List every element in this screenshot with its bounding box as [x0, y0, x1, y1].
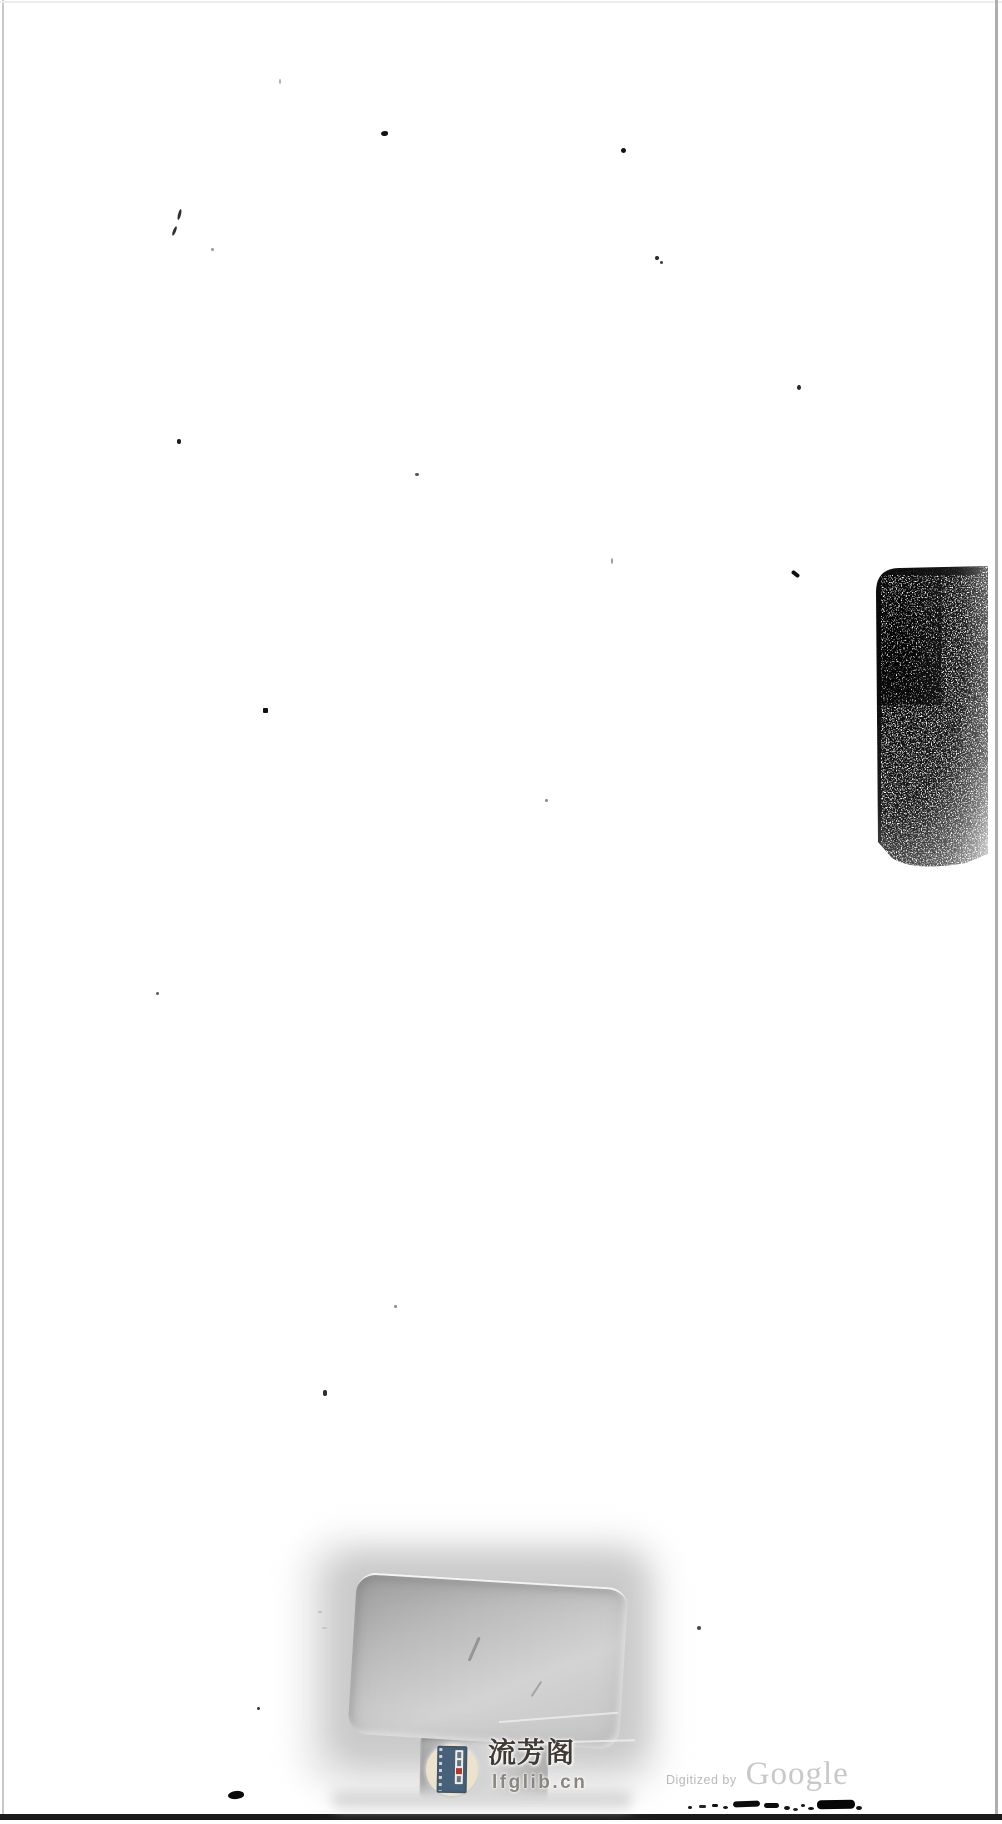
ink-speck	[156, 992, 159, 995]
ink-speck	[856, 1806, 862, 1810]
stitched-book-icon	[437, 1746, 468, 1794]
scan-border-top	[0, 1, 1002, 3]
ink-speck	[655, 256, 659, 260]
ink-speck	[545, 799, 548, 802]
ink-speck	[733, 1801, 760, 1808]
ink-speck	[699, 1805, 706, 1808]
clip-scratch	[468, 1637, 481, 1662]
ink-speck	[177, 209, 183, 220]
ink-speck	[688, 1806, 692, 1809]
library-watermark: 流芳阁 lfglib.cn	[426, 1736, 666, 1806]
scan-border-left	[2, 0, 4, 1815]
scan-credit: Digitized by Google	[666, 1756, 849, 1793]
ink-speck	[177, 439, 181, 444]
ink-speck	[227, 1790, 244, 1801]
google-logo-text: Google	[746, 1756, 849, 1793]
clip-plate	[347, 1572, 628, 1750]
ink-speck	[211, 248, 214, 251]
ink-speck	[621, 148, 626, 153]
ink-speck	[279, 79, 281, 84]
clip-scratch	[531, 1681, 543, 1697]
book-label-glyph	[457, 1760, 461, 1766]
ink-speck	[171, 226, 178, 236]
ink-speck	[697, 1626, 701, 1630]
ink-speck	[257, 1707, 260, 1710]
ink-speck	[723, 1806, 728, 1809]
ink-speck	[801, 1804, 805, 1807]
ink-speck	[611, 558, 613, 564]
ink-speck	[791, 570, 801, 579]
ink-speck	[817, 1800, 855, 1810]
book-title-label	[455, 1750, 464, 1784]
book-stitching	[439, 1748, 443, 1791]
ink-speck	[784, 1806, 790, 1810]
ink-blot	[870, 560, 988, 870]
ink-speck	[660, 261, 663, 264]
ink-speck	[797, 385, 801, 390]
book-seal-icon	[456, 1768, 462, 1774]
ink-speck	[793, 1808, 798, 1811]
ink-speck	[808, 1807, 814, 1810]
watermark-title: 流芳阁	[488, 1738, 575, 1768]
ink-speck	[712, 1804, 718, 1807]
book-label-glyph	[457, 1776, 461, 1782]
credit-prefix: Digitized by	[666, 1773, 737, 1787]
ink-speck	[323, 1390, 327, 1396]
watermark-domain: lfglib.cn	[492, 1772, 587, 1794]
ink-speck	[394, 1305, 397, 1308]
clip-scratch	[499, 1712, 619, 1723]
ink-speck	[381, 131, 388, 136]
ink-speck	[764, 1803, 779, 1808]
book-label-glyph	[457, 1752, 461, 1758]
ink-speck	[263, 708, 268, 713]
scan-border-right	[995, 0, 998, 1815]
ink-speck	[415, 473, 419, 476]
watermark-badge	[426, 1744, 478, 1796]
